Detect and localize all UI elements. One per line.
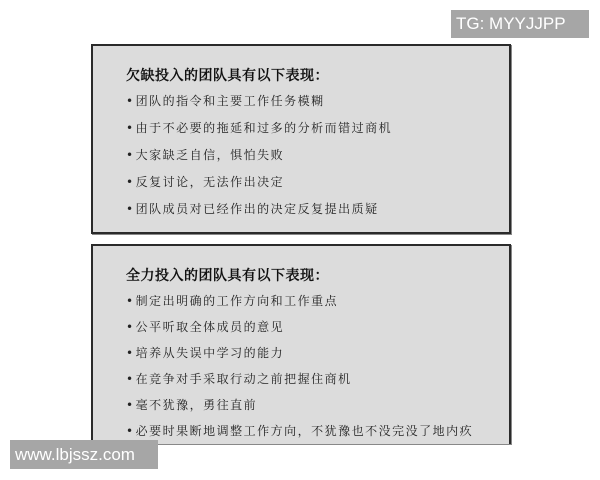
list-item: •在竞争对手采取行动之前把握住商机 (126, 370, 473, 396)
bullet-icon: • (126, 344, 135, 362)
bullet-icon: • (126, 173, 135, 191)
panel-title: 全力投入的团队具有以下表现： (126, 265, 329, 285)
list-item: •毫不犹豫，勇往直前 (126, 396, 473, 422)
bullet-icon: • (126, 396, 135, 414)
bullet-icon: • (126, 292, 135, 310)
list-item: •公平听取全体成员的意见 (126, 318, 473, 344)
committed-team-panel: 全力投入的团队具有以下表现： •制定出明确的工作方向和工作重点 •公平听取全体成… (91, 244, 511, 444)
list-item: •大家缺乏自信，惧怕失败 (126, 146, 392, 173)
bullet-icon: • (126, 422, 135, 440)
symptom-list: •制定出明确的工作方向和工作重点 •公平听取全体成员的意见 •培养从失误中学习的… (126, 292, 473, 448)
bullet-icon: • (126, 200, 135, 218)
bullet-icon: • (126, 318, 135, 336)
list-item: •由于不必要的拖延和过多的分析而错过商机 (126, 119, 392, 146)
panel-title: 欠缺投入的团队具有以下表现： (126, 65, 329, 85)
bullet-icon: • (126, 92, 135, 110)
list-item: •必要时果断地调整工作方向，不犹豫也不没完没了地内疚 (126, 422, 473, 448)
list-item: •制定出明确的工作方向和工作重点 (126, 292, 473, 318)
list-item: •反复讨论，无法作出决定 (126, 173, 392, 200)
bullet-icon: • (126, 119, 135, 137)
uncommitted-team-panel: 欠缺投入的团队具有以下表现： •团队的指令和主要工作任务模糊 •由于不必要的拖延… (91, 44, 511, 234)
bullet-icon: • (126, 370, 135, 388)
list-item: •团队的指令和主要工作任务模糊 (126, 92, 392, 119)
bullet-icon: • (126, 146, 135, 164)
watermark-top-right: TG: MYYJJPP (451, 10, 589, 38)
watermark-bottom-left: www.lbjssz.com (10, 440, 158, 469)
symptom-list: •团队的指令和主要工作任务模糊 •由于不必要的拖延和过多的分析而错过商机 •大家… (126, 92, 392, 227)
list-item: •团队成员对已经作出的决定反复提出质疑 (126, 200, 392, 227)
list-item: •培养从失误中学习的能力 (126, 344, 473, 370)
